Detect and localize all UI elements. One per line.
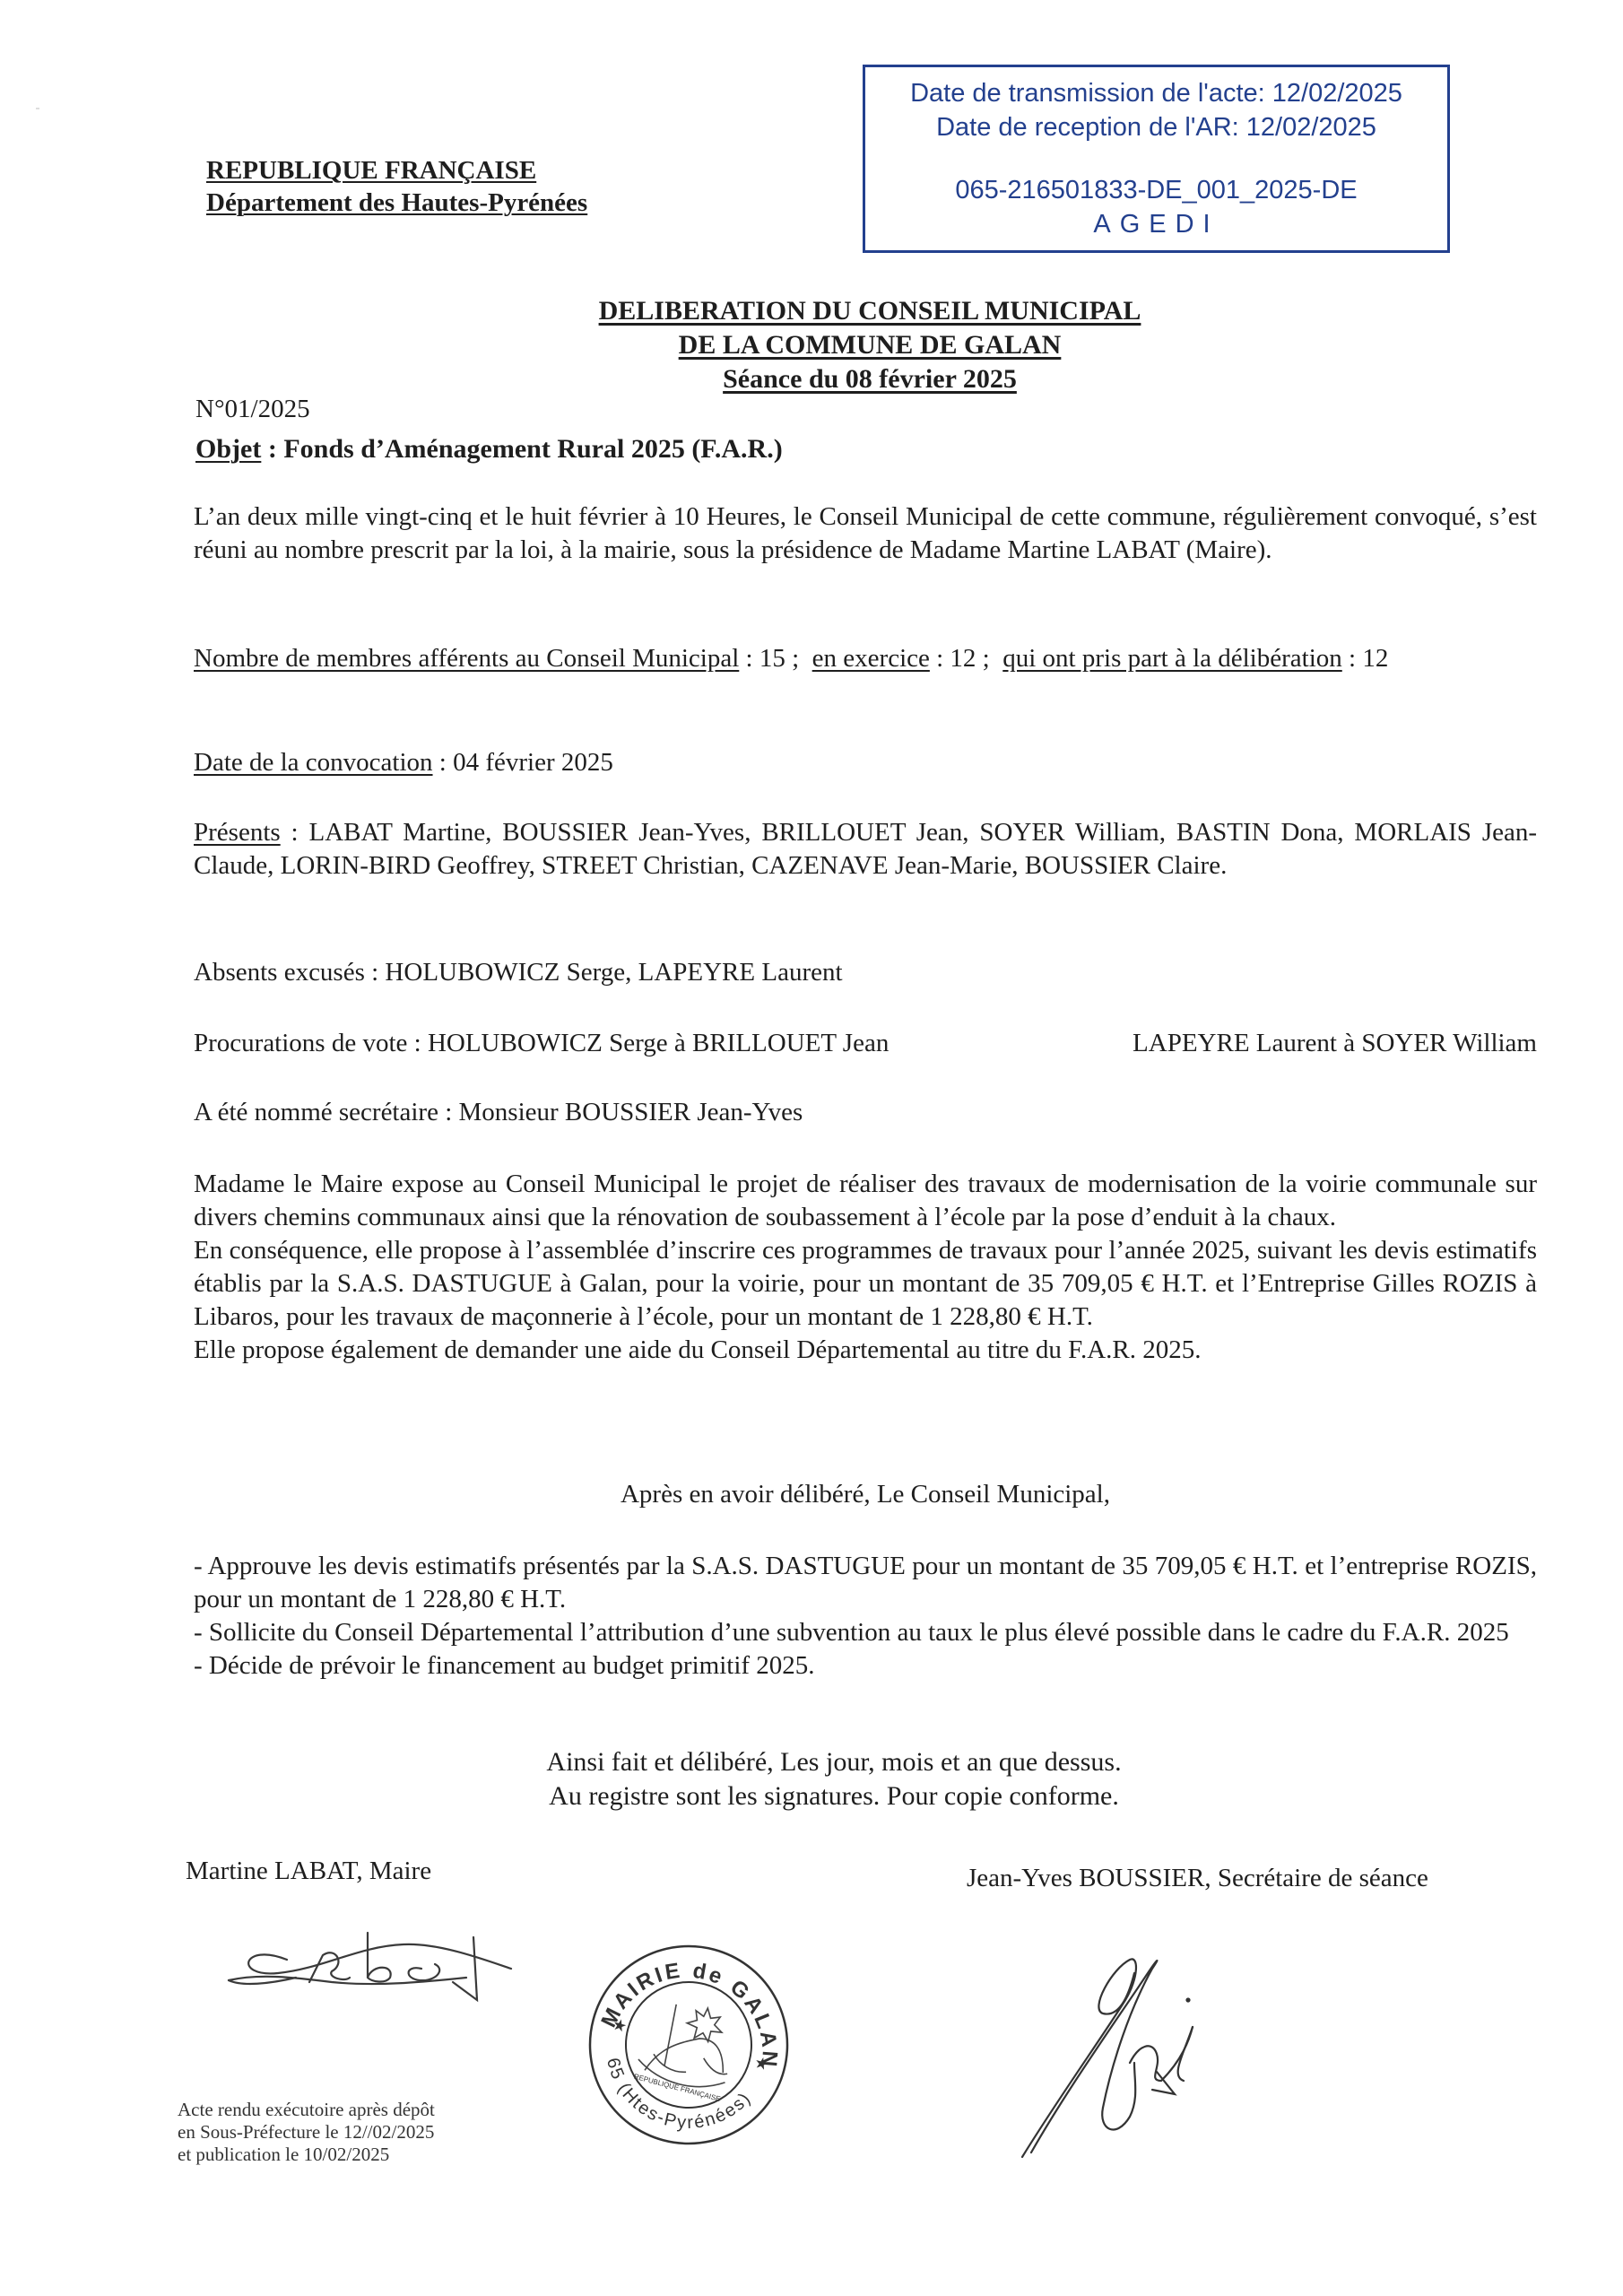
exposition-paragraph: En conséquence, elle propose à l’assembl… [194,1234,1537,1334]
members-afferents-value: : 15 ; [739,644,799,673]
proxy-1: Procurations de vote : HOLUBOWICZ Serge … [194,1029,889,1057]
reception-date: Date de reception de l'AR: 12/02/2025 [865,110,1447,144]
deliberation-number: N°01/2025 [195,395,310,424]
presents-label: Présents [194,818,281,847]
members-votants-label: qui ont pris part à la délibération [1002,644,1342,673]
exposition-paragraph: Madame le Maire expose au Conseil Munici… [194,1168,1537,1234]
closing-formula: Ainsi fait et délibéré, Les jour, mois e… [484,1745,1184,1813]
system-name: AGEDI [865,207,1447,241]
proxy-2: LAPEYRE Laurent à SOYER William [1133,1027,1537,1060]
transmission-date: Date de transmission de l'acte: 12/02/20… [865,76,1447,110]
secretary-signatory: Jean-Yves BOUSSIER, Secrétaire de séance [967,1864,1428,1893]
department-label: Département des Hautes-Pyrénées [206,187,587,219]
document-title: DELIBERATION DU CONSEIL MUNICIPAL DE LA … [484,294,1255,396]
mayor-exposition: Madame le Maire expose au Conseil Munici… [194,1168,1537,1367]
issuer-header: REPUBLIQUE FRANÇAISE Département des Hau… [206,154,587,219]
execution-line: et publication le 10/02/2025 [178,2144,435,2166]
town-hall-seal-icon: MAIRIE de GALAN 65 (Htes-Pyrénées) ★ ★ R… [581,1937,796,2152]
decision-item: - Approuve les devis estimatifs présenté… [194,1550,1537,1616]
republic-label: REPUBLIQUE FRANÇAISE [206,154,587,187]
execution-line: Acte rendu exécutoire après dépôt [178,2099,435,2121]
decisions-list: - Approuve les devis estimatifs présenté… [194,1550,1537,1683]
decision-item: - Sollicite du Conseil Départemental l’a… [194,1616,1537,1649]
mayor-signatory: Martine LABAT, Maire [186,1857,431,1886]
scan-artifact [36,108,39,109]
execution-line: en Sous-Préfecture le 12//02/2025 [178,2121,435,2144]
presents-list: : LABAT Martine, BOUSSIER Jean-Yves, BRI… [194,818,1537,880]
transmission-stamp: Date de transmission de l'acte: 12/02/20… [863,65,1450,253]
convocation-date: Date de la convocation : 04 février 2025 [194,746,1537,779]
act-reference: 065-216501833-DE_001_2025-DE [865,173,1447,207]
svg-text:MAIRIE de GALAN: MAIRIE de GALAN [595,1937,796,2074]
convocation-value: : 04 février 2025 [433,748,613,777]
svg-text:65 (Htes-Pyrénées): 65 (Htes-Pyrénées) [589,2051,758,2150]
mayor-signature-icon [224,1928,520,2018]
subject-text: : Fonds d’Aménagement Rural 2025 (F.A.R.… [261,434,782,464]
title-line-2: DE LA COMMUNE DE GALAN [679,328,1062,362]
convocation-label: Date de la convocation [194,748,433,777]
closing-line-1: Ainsi fait et délibéré, Les jour, mois e… [484,1745,1184,1779]
secretary-signature-icon [1004,1937,1228,2170]
excused-absents: Absents excusés : HOLUBOWICZ Serge, LAPE… [194,956,1537,989]
subject-label: Objet [195,434,261,464]
deliberation-intro: Après en avoir délibéré, Le Conseil Muni… [194,1480,1537,1509]
intro-paragraph: L’an deux mille vingt-cinq et le huit fé… [194,500,1537,567]
exposition-paragraph: Elle propose également de demander une a… [194,1334,1537,1367]
members-votants-value: : 12 [1342,644,1389,673]
decision-item: - Décide de prévoir le financement au bu… [194,1649,1537,1683]
session-date: Séance du 08 février 2025 [723,362,1017,396]
secretary-appointment: A été nommé secrétaire : Monsieur BOUSSI… [194,1096,1537,1129]
title-line-1: DELIBERATION DU CONSEIL MUNICIPAL [599,294,1141,328]
present-members: Présents : LABAT Martine, BOUSSIER Jean-… [194,816,1537,883]
svg-text:★: ★ [752,2053,771,2074]
subject-line: Objet : Fonds d’Aménagement Rural 2025 (… [195,434,783,465]
closing-line-2: Au registre sont les signatures. Pour co… [484,1779,1184,1813]
members-afferents-label: Nombre de membres afférents au Conseil M… [194,644,739,673]
members-exercice-label: en exercice [812,644,930,673]
members-count: Nombre de membres afférents au Conseil M… [194,642,1537,675]
members-exercice-value: : 12 ; [930,644,990,673]
execution-note: Acte rendu exécutoire après dépôt en Sou… [178,2099,435,2166]
vote-proxies: Procurations de vote : HOLUBOWICZ Serge … [194,1027,1537,1060]
